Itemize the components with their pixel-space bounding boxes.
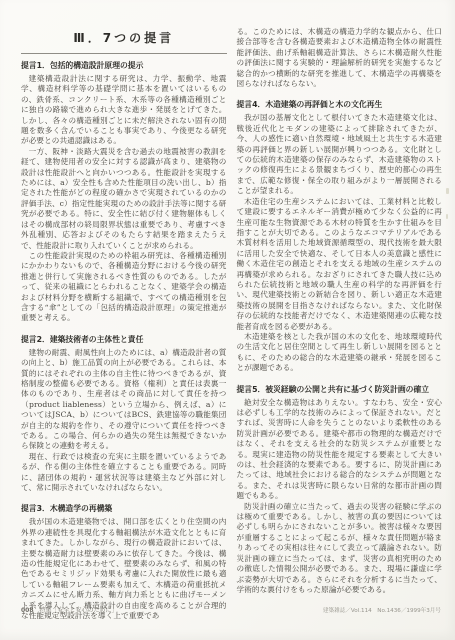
footer-feature: 008特集「安全と安心のために」 <box>21 605 118 614</box>
proposal-3-heading: 提言3．木構造学の再構築 <box>21 504 227 514</box>
proposal-4-paragraph-3: 木造建築を核とした我が国の木の文化を、地球環境時代の生活文化と居住空間として再生… <box>237 332 443 374</box>
proposal-5-paragraph-1: 絶対安全な構造物はありえない。すなわち、安全・安心は必ずしも工学的な技術のみによ… <box>237 398 443 502</box>
proposal-4-heading: 提言4．木造建築の再評価と木の文化再生 <box>237 100 443 110</box>
proposal-3-continuation: る。このためには、木構造の構造力学的な観点から、仕口接合部等を含む各構造要素およ… <box>237 27 443 89</box>
proposal-1-paragraph-3: この性能設計実現のための枠組み研究は、各種構造種別にかかわりないもので、各種構造… <box>21 251 227 324</box>
proposal-1-paragraph-2: 一方、阪神・淡路大震災を含む過去の地震被害の教訓を経て、建物使用者の安全に対する… <box>21 147 227 251</box>
proposal-2-heading: 提言2．建築技術者の主体性と責任 <box>21 335 227 345</box>
page-title: Ⅲ．7つの提言 <box>21 29 227 46</box>
journal-page: Ⅲ．7つの提言 提言1．包括的構造設計原理の提示 建築構造設計法に関する研究は、… <box>0 0 455 640</box>
proposal-2-paragraph-2: 現在、行政では検査の充実に主眼を置いているようであるが、作る側の主体性を確立する… <box>21 452 227 494</box>
proposal-5-paragraph-2: 防災計画の確立に当たって、過去の災害の経験に学ぶのは極めて重要である。しかし、被… <box>237 502 443 596</box>
proposal-1-heading: 提言1．包括的構造設計原理の提示 <box>21 61 227 71</box>
title-divider <box>21 53 227 54</box>
journal-citation: 建築雑誌／Vol.114 No.1436／1999年3月号 <box>323 606 441 614</box>
feature-title: 特集「安全と安心のために」 <box>40 607 118 614</box>
proposal-4-paragraph-2: 木造住宅の生産システムにおいては、工業材料と比較して建設に要するエネルギー消費が… <box>237 197 443 332</box>
right-column: る。このためには、木構造の構造力学的な観点から、仕口接合部等を含む各構造要素およ… <box>237 27 443 622</box>
scan-artifact <box>446 188 449 194</box>
proposal-2-paragraph-1: 建物の耐震、耐風性向上のためには、a）構造設計者の質の向上と、b）施工品質の向上… <box>21 348 227 452</box>
page-footer: 008特集「安全と安心のために」 建築雑誌／Vol.114 No.1436／19… <box>21 605 441 614</box>
page-number: 008 <box>21 607 34 614</box>
scan-artifact <box>446 214 448 219</box>
two-column-layout: Ⅲ．7つの提言 提言1．包括的構造設計原理の提示 建築構造設計法に関する研究は、… <box>21 27 442 622</box>
proposal-5-heading: 提言5．被災経験の公開と共有に基づく防災計画の確立 <box>237 385 443 395</box>
proposal-1-paragraph-1: 建築構造設計法に関する研究は、力学、振動学、地震学、構造材料学等の基礎学問に基本… <box>21 74 227 147</box>
proposal-4-paragraph-1: 我が国の基層文化として根付いてきた木造建築文化は、戦後近代化とモダンの建築によっ… <box>237 113 443 196</box>
left-column: Ⅲ．7つの提言 提言1．包括的構造設計原理の提示 建築構造設計法に関する研究は、… <box>21 27 227 622</box>
